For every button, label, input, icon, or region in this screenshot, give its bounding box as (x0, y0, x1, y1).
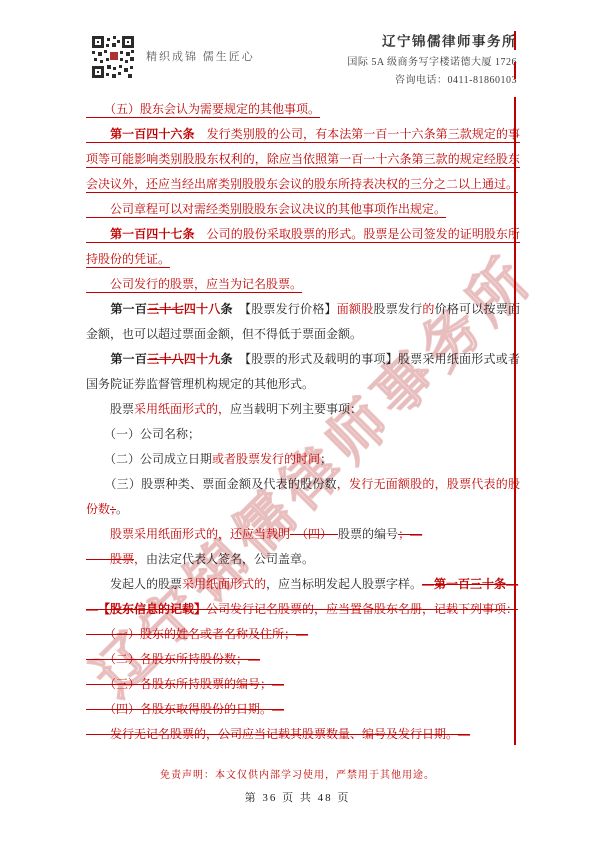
text-run: 股票的编号 (338, 527, 398, 541)
text-run: 发起人的股票 (86, 577, 182, 591)
text-run: 应当载明下列主要事项： (230, 402, 362, 416)
text-run: （二）各股东所持股份数；— (86, 652, 260, 666)
text-run: （四） (290, 527, 338, 541)
text-run: （一）公司名称； (86, 427, 200, 441)
paragraph: 发行无记名股票的，公司应当记载其股票数量、编号及发行日期。— (86, 722, 520, 747)
text-run: （三）各股东所持股票的编号；— (86, 677, 284, 691)
paragraph: 发起人的股票采用纸面形式的，应当标明发起人股票字样。—第一百三十条— (86, 572, 520, 597)
page-header: 精织成锦 儒生匠心 辽宁锦儒律师事务所 国际 5A 级商务写字楼诺德大厦 172… (0, 0, 595, 92)
change-bar (514, 31, 516, 50)
text-run: （一）股东的姓名或者名称及住所；— (86, 627, 308, 641)
text-run: ；— (398, 527, 422, 541)
paragraph: 公司发行的股票，应当为记名股票。 (86, 272, 520, 297)
text-run: 股票采用纸面形式的，还应当载明 (110, 527, 290, 541)
text-run: 公司章程可以对需经类别股股东会议决议的其他事项作出规定。 (86, 202, 446, 216)
text-run: 的 (422, 302, 434, 316)
text-run: 四十九 (184, 352, 221, 366)
text-run: 采用纸面形式的， (134, 402, 230, 416)
text-run: 三十八 (147, 352, 184, 366)
text-run: 【股东信息的记载】 (98, 602, 206, 616)
text-run: （四）各股东取得股份的日期。— (86, 702, 284, 716)
text-run: 条 (221, 352, 233, 366)
paragraph: （三）股票种类、票面金额及代表的股份数，发行无面额股的，股票代表的股份数；。 (86, 472, 520, 522)
paragraph: （一）股东的姓名或者名称及住所；— (86, 622, 520, 647)
paragraph: 公司章程可以对需经类别股股东会议决议的其他事项作出规定。 (86, 197, 520, 222)
paragraph: （三）各股东所持股票的编号；— (86, 672, 520, 697)
paragraph: 第一百四十七条 公司的股份采取股票的形式。股票是公司签发的证明股东所持股份的凭证… (86, 222, 520, 272)
paragraph: —【股东信息的记载】公司发行记名股票的，应当置备股东名册，记载下列事项： (86, 597, 520, 622)
paragraph: （二）各股东所持股份数；— (86, 647, 520, 672)
text-run: 三十七 (147, 302, 184, 316)
text-run (86, 302, 110, 316)
change-bar (514, 97, 516, 745)
firm-address: 国际 5A 级商务写字楼诺德大厦 1726 (347, 53, 517, 68)
paragraph: 第一百三十七四十八条 【股票发行价格】面额股股票发行的价格可以按票面金额，也可以… (86, 297, 520, 347)
paragraph: 第一百三十八四十九条 【股票的形式及载明的事项】股票采用纸面形式或者国务院证券监… (86, 347, 520, 397)
firm-info-block: 辽宁锦儒律师事务所 国际 5A 级商务写字楼诺德大厦 1726 咨询电话：041… (347, 30, 517, 86)
document-body: （五）股东会认为需要规定的其他事项。 第一百四十六条 发行类别股的公司，有本法第… (86, 97, 520, 747)
text-run: 第一百四十六条 (110, 127, 194, 141)
text-run: 第一百三十条 (434, 577, 506, 591)
text-run: ； (320, 452, 332, 466)
firm-slogan: 精织成锦 儒生匠心 (146, 48, 255, 64)
text-run: （五）股东会认为需要规定的其他事项。 (86, 102, 320, 116)
paragraph: 股票采用纸面形式的，还应当载明 （四） 股票的编号；— (86, 522, 520, 547)
text-run: 股票发行 (373, 302, 422, 316)
text-run: 股票 (86, 552, 134, 566)
text-run: 面额股 (337, 302, 374, 316)
text-run: 条 (221, 302, 233, 316)
text-run: 公司发行记名股票的，应当置备股东名册，记载下列事项： (206, 602, 518, 616)
paragraph: （二）公司成立日期或者股票发行的时间； (86, 447, 520, 472)
paragraph: 第一百四十六条 发行类别股的公司，有本法第一百一十六条第三款规定的事项等可能影响… (86, 122, 520, 197)
text-run: ，应当标明发起人股票字样。 (266, 577, 422, 591)
paragraph: 股票，由法定代表人签名，公司盖章。 (86, 547, 520, 572)
text-run: 发行无记名股票的，公司应当记载其股票数量、编号及发行日期。— (86, 727, 470, 741)
paragraph: （五）股东会认为需要规定的其他事项。 (86, 97, 520, 122)
text-run: 由法定代表人签名，公司盖章。 (146, 552, 314, 566)
paragraph: （四）各股东取得股份的日期。— (86, 697, 520, 722)
text-run: （三）股票种类、票面金额及代表的股份数 (86, 477, 337, 491)
text-run: — (86, 602, 98, 616)
text-run (86, 227, 110, 241)
footer-disclaimer: 免责声明：本文仅供内部学习使用，严禁用于其他用途。 (0, 766, 595, 781)
text-run: 公司发行的股票，应当为记名股票。 (86, 277, 302, 291)
text-run (86, 352, 110, 366)
change-bar (514, 62, 516, 79)
paragraph: 股票采用纸面形式的，应当载明下列主要事项： (86, 397, 520, 422)
text-run: 第一百四十七条 (110, 227, 194, 241)
text-run: 四十八 (184, 302, 221, 316)
text-run: — (506, 577, 518, 591)
page-number: 第 36 页 共 48 页 (0, 789, 595, 805)
text-run: — (422, 577, 434, 591)
text-run: ， (134, 552, 146, 566)
qr-code-icon (92, 36, 134, 78)
text-run (86, 527, 110, 541)
text-run: 【股票发行价格】 (233, 302, 337, 316)
firm-name: 辽宁锦儒律师事务所 (347, 30, 517, 50)
text-run: 采用纸面形式的 (182, 577, 266, 591)
text-run: 。 (116, 502, 128, 516)
text-run: 第一百 (110, 302, 147, 316)
text-run (86, 127, 110, 141)
text-run: 第一百 (110, 352, 147, 366)
text-run: 或者股票发行的时间 (212, 452, 320, 466)
text-run: （二）公司成立日期 (86, 452, 212, 466)
firm-phone: 咨询电话：0411-81860103 (347, 71, 517, 86)
paragraph: （一）公司名称； (86, 422, 520, 447)
text-run: 股票 (86, 402, 134, 416)
